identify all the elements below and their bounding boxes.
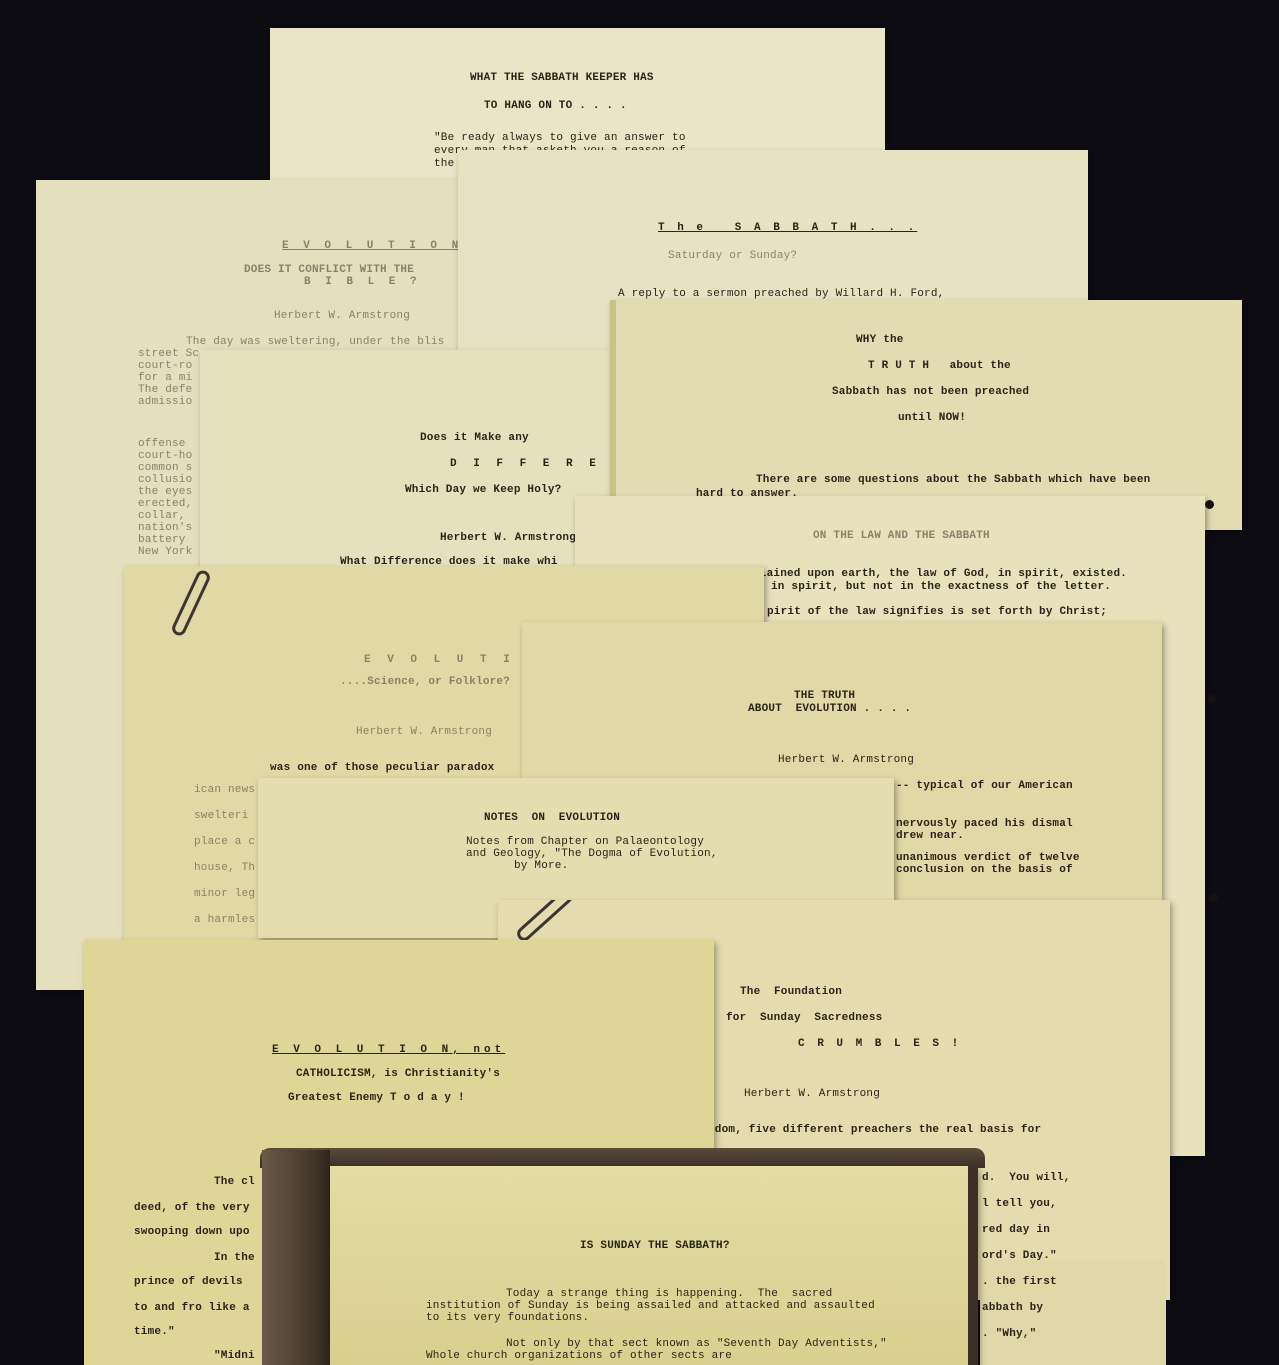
document-title: T R U T H about the <box>868 360 1011 373</box>
punch-hole <box>1205 500 1214 509</box>
document-body-line: conclusion on the basis of <box>896 864 1073 877</box>
document-title: ON THE LAW AND THE SABBATH <box>813 530 990 543</box>
document-body-line: New York <box>138 546 192 559</box>
document-body-line: was one of those peculiar paradox <box>270 762 494 775</box>
rolled-folder-edge <box>260 1148 985 1168</box>
document-body-line: to its very foundations. <box>426 1312 589 1325</box>
document-body-line: admissio <box>138 396 192 409</box>
document-title: E V O L U T I O N <box>282 240 462 253</box>
document-title: Does it Make any <box>420 432 529 445</box>
document-body-line: The cl <box>214 1176 255 1189</box>
document-body-line: place a c <box>194 836 255 849</box>
rolled-folder-spine <box>262 1150 330 1365</box>
document-body-line: abbath by <box>982 1302 1043 1315</box>
document-title: for Sunday Sacredness <box>726 1012 882 1025</box>
document-body-line: deed, of the very <box>134 1202 250 1215</box>
document-subtitle: ....Science, or Folklore? <box>340 676 510 689</box>
document-title: T h e S A B B A T H . . . <box>658 222 917 235</box>
document-subtitle: B I B L E ? <box>304 276 421 289</box>
document-title: Which Day we Keep Holy? <box>405 484 561 497</box>
document-title: Greatest Enemy T o d a y ! <box>288 1092 465 1105</box>
document-title: Sabbath has not been preached <box>832 386 1029 399</box>
document-subtitle: by More. <box>514 860 568 873</box>
document-title: IS SUNDAY THE SABBATH? <box>580 1240 730 1253</box>
document-author: Herbert W. Armstrong <box>778 754 914 767</box>
document-body-line: d. You will, <box>982 1172 1070 1185</box>
document-title: The Foundation <box>740 986 842 999</box>
document-body-line: There are some questions about the Sabba… <box>756 474 1150 487</box>
punch-hole <box>1207 694 1216 703</box>
document-body-line: house, Th <box>194 862 255 875</box>
document-title: D I F F E R E N C E <box>450 458 620 471</box>
document-body-line: "Midni <box>214 1350 255 1363</box>
document-body-line: in spirit, but not in the exactness of t… <box>771 581 1111 594</box>
document-title: WHY the <box>856 334 904 347</box>
document-body-line: ican news <box>194 784 255 797</box>
document-subtitle: Saturday or Sunday? <box>668 250 797 263</box>
document-author: Herbert W. Armstrong <box>356 726 492 739</box>
document-body-line: a harmles <box>194 914 255 927</box>
document-body-line: plained upon earth, the law of God, in s… <box>753 568 1127 581</box>
document-title: TO HANG ON TO . . . . <box>484 100 627 113</box>
document-author: Herbert W. Armstrong <box>744 1088 880 1101</box>
document-body-line: pirit of the law signifies is set forth … <box>767 606 1107 619</box>
document-body-line: The day was sweltering, under the blis <box>186 336 444 349</box>
document-title: C R U M B L E S ! <box>798 1038 961 1051</box>
document-body-line: . "Why," <box>982 1328 1036 1341</box>
document-title: CATHOLICISM, is Christianity's <box>296 1068 500 1081</box>
document-title: WHAT THE SABBATH KEEPER HAS <box>470 72 654 85</box>
document-body-line: In the <box>214 1252 255 1265</box>
document-body-line: -- typical of our American <box>896 780 1073 793</box>
document-author: Herbert W. Armstrong <box>440 532 576 545</box>
document-body-line: time." <box>134 1326 175 1339</box>
document-subtitle: and Geology, "The Dogma of Evolution, <box>466 848 718 861</box>
document-body-line: drew near. <box>896 830 964 843</box>
document-title: ABOUT EVOLUTION . . . . <box>748 703 911 716</box>
document-body-line: ndom, five different preachers the real … <box>708 1124 1041 1137</box>
document-foundation-sunday-continued: . the first abbath by . "Why," <box>980 1260 1166 1365</box>
document-title: NOTES ON EVOLUTION <box>484 812 620 825</box>
document-body-line: minor leg <box>194 888 255 901</box>
paperclip-icon <box>170 568 212 637</box>
document-title: E V O L U T I O N, not <box>272 1044 505 1057</box>
document-body-line: the <box>434 158 454 171</box>
document-does-it-make-difference: Does it Make any D I F F E R E N C E Whi… <box>200 350 620 580</box>
paperclip-icon <box>514 900 575 944</box>
document-body-line: Whole church organizations of other sect… <box>426 1350 732 1363</box>
document-title: THE TRUTH <box>794 690 855 703</box>
document-body-line: swelteri <box>194 810 248 823</box>
punch-hole <box>1209 893 1218 902</box>
document-body-line: l tell you, <box>982 1198 1057 1211</box>
document-author: Herbert W. Armstrong <box>274 310 410 323</box>
document-title: until NOW! <box>898 412 966 425</box>
document-body-line: . the first <box>982 1276 1057 1289</box>
document-body-line: swooping down upo <box>134 1226 250 1239</box>
document-body-line: red day in <box>982 1224 1050 1237</box>
document-body-line: "Be ready always to give an answer to <box>434 132 686 145</box>
document-body-line: prince of devils <box>134 1276 243 1289</box>
document-body-line: to and fro like a <box>134 1302 250 1315</box>
document-is-sunday-the-sabbath: IS SUNDAY THE SABBATH? Today a strange t… <box>330 1166 978 1365</box>
